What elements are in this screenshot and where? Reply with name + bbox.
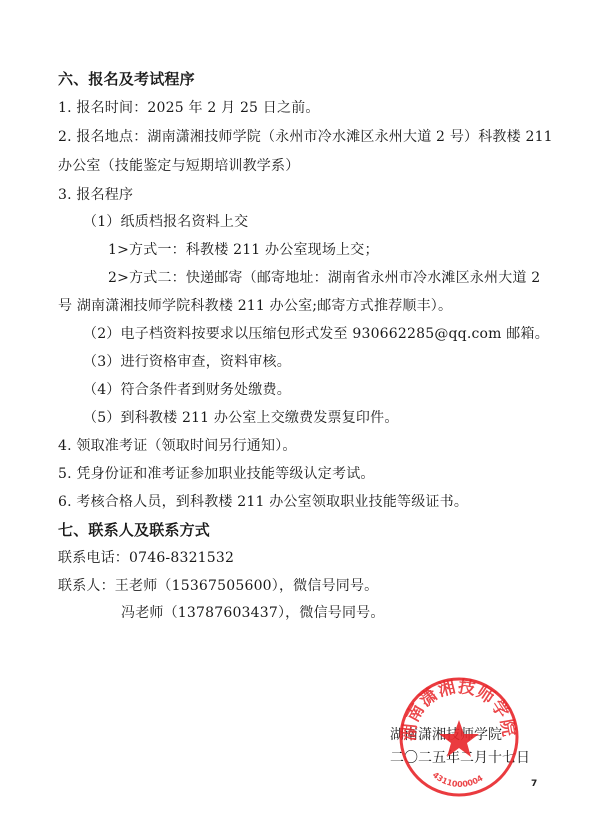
signature-date: 二〇二五年二月十七日 — [390, 749, 530, 767]
signature-organization: 湖南潇湘技师学院 — [390, 726, 502, 744]
registration-procedure-heading: 3. 报名程序 — [58, 186, 133, 204]
registration-location-line1: 2. 报名地点：湖南潇湘技师学院（永州市冷水滩区永州大道 2 号）科教楼 211 — [58, 128, 553, 146]
document-page: 六、报名及考试程序 1. 报名时间：2025 年 2 月 25 日之前。 2. … — [0, 0, 591, 838]
page-number: 7 — [531, 779, 537, 789]
section-7-heading: 七、联系人及联系方式 — [58, 521, 210, 539]
admission-ticket: 4. 领取准考证（领取时间另行通知）。 — [58, 437, 297, 455]
stamp-code: 4311000004 — [431, 770, 485, 789]
procedure-step-3: （3）进行资格审查，资料审核。 — [83, 353, 291, 371]
certificate-collection: 6. 考核合格人员，到科教楼 211 办公室领取职业技能等级证书。 — [58, 493, 468, 511]
procedure-step-4: （4）符合条件者到财务处缴费。 — [83, 381, 291, 399]
procedure-step-1-way-2-line2: 号 湖南潇湘技师学院科教楼 211 办公室;邮寄方式推荐顺丰）。 — [58, 297, 452, 315]
procedure-step-1: （1）纸质档报名资料上交 — [83, 213, 248, 231]
procedure-step-1-way-2-line1: 2>方式二：快递邮寄（邮寄地址：湖南省永州市冷水滩区永州大道 2 — [108, 269, 540, 287]
section-6-heading: 六、报名及考试程序 — [58, 70, 195, 88]
procedure-step-5: （5）到科教楼 211 办公室上交缴费发票复印件。 — [83, 409, 399, 427]
exam-attendance: 5. 凭身份证和准考证参加职业技能等级认定考试。 — [58, 465, 375, 483]
svg-text:4311000004: 4311000004 — [431, 770, 485, 789]
procedure-step-1-way-1: 1>方式一：科教楼 211 办公室现场上交； — [108, 241, 379, 259]
contact-phone: 联系电话：0746-8321532 — [58, 549, 234, 567]
contact-person-2: 冯老师（13787603437），微信号同号。 — [121, 604, 385, 622]
contact-person-1: 联系人：王老师（15367505600），微信号同号。 — [58, 577, 378, 595]
procedure-step-2: （2）电子档资料按要求以压缩包形式发至 930662285@qq.com 邮箱。 — [83, 325, 549, 343]
registration-location-line2: 办公室（技能鉴定与短期培训教学系） — [58, 157, 299, 175]
registration-time: 1. 报名时间：2025 年 2 月 25 日之前。 — [58, 99, 320, 117]
